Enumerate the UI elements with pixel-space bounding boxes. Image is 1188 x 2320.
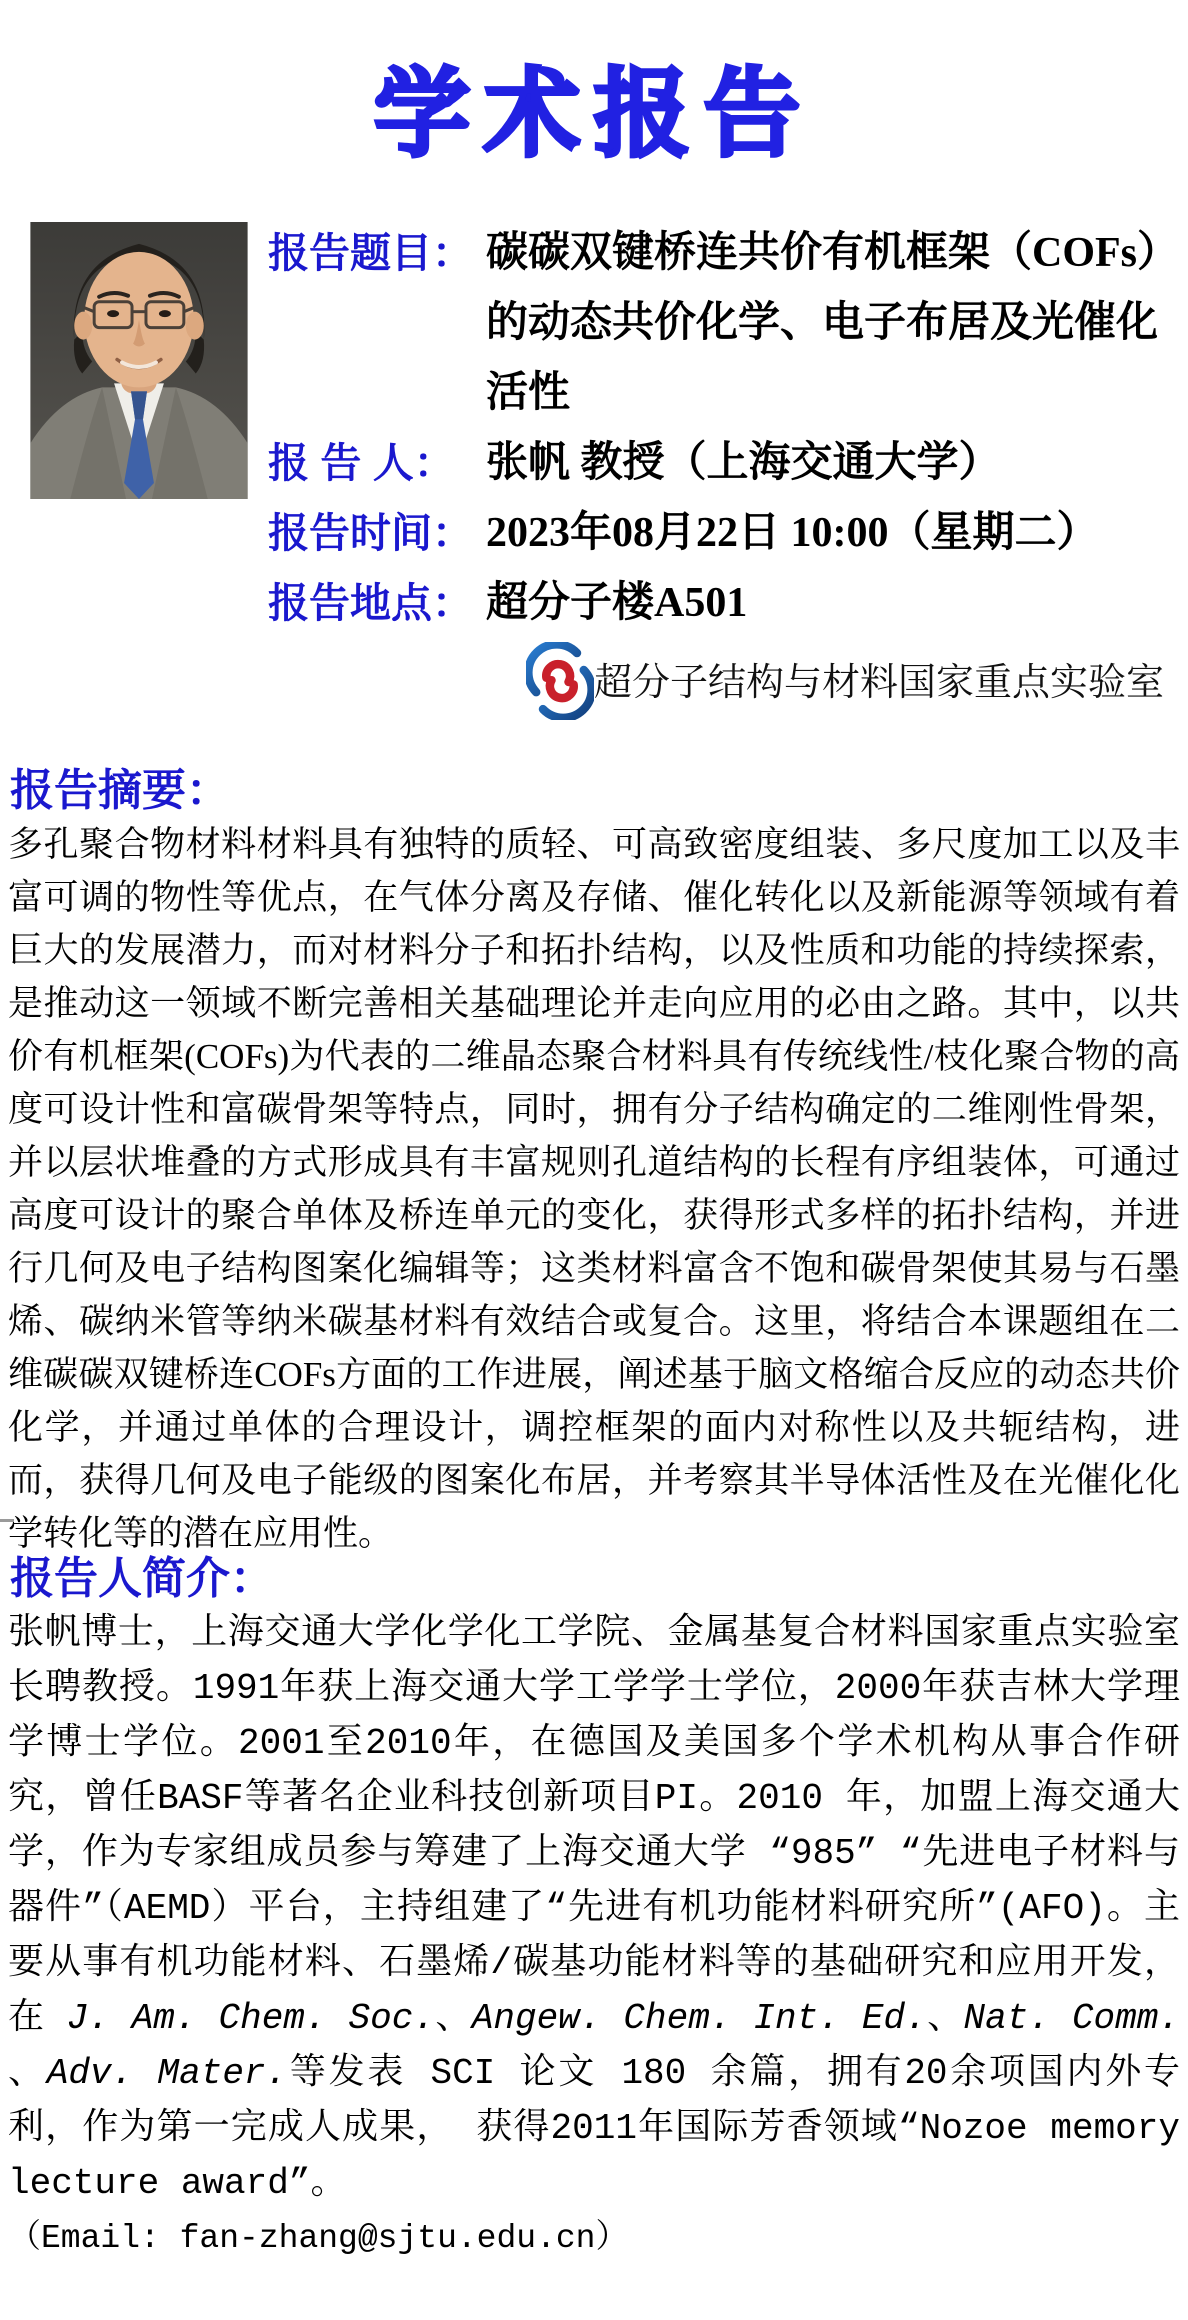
bio-heading: 报告人简介： — [10, 1542, 274, 1606]
lecture-poster: 学术报告 — [0, 0, 1188, 2320]
speaker-value: 张帆 教授（上海交通大学） — [486, 428, 1178, 498]
time-label: 报告时间： — [268, 498, 486, 568]
detail-row-speaker: 报 告 人： 张帆 教授（上海交通大学） — [268, 428, 1178, 498]
detail-row-time: 报告时间： 2023年08月22日 10:00（星期二） — [268, 498, 1178, 568]
abstract-text: 多孔聚合物材料材料具有独特的质轻、可高致密度组装、多尺度加工以及丰富可调的物性等… — [8, 818, 1180, 1560]
detail-row-topic: 报告题目： 碳碳双键桥连共价有机框架（COFs）的动态共价化学、电子布居及光催化… — [268, 218, 1178, 428]
journal-name: Adv. Mater. — [47, 2053, 287, 2094]
journal-name: Nat. Comm. — [964, 1998, 1180, 2039]
lecture-details: 报告题目： 碳碳双键桥连共价有机框架（COFs）的动态共价化学、电子布居及光催化… — [268, 218, 1178, 638]
bio-text-run: 、 — [8, 2053, 47, 2094]
bio-text-run: 张帆博士，上海交通大学化学化工学院、金属基复合材料国家重点实验室长聘教授。199… — [8, 1613, 1180, 2039]
speaker-portrait-graphic — [30, 222, 248, 499]
email-line: （Email: fan-zhang@sjtu.edu.cn） — [8, 2211, 1180, 2267]
location-value: 超分子楼A501 — [486, 568, 1178, 638]
bio-section: 张帆博士，上海交通大学化学化工学院、金属基复合材料国家重点实验室长聘教授。199… — [8, 1606, 1180, 2267]
bio-text-run: 、 — [927, 1998, 964, 2039]
journal-name: Angew. Chem. Int. Ed. — [472, 1998, 927, 2039]
bio-text: 张帆博士，上海交通大学化学化工学院、金属基复合材料国家重点实验室长聘教授。199… — [8, 1606, 1180, 2211]
speaker-photo — [30, 222, 248, 499]
journal-name: J. Am. Chem. Soc. — [66, 1998, 435, 2039]
lab-name: 超分子结构与材料国家重点实验室 — [594, 642, 1164, 724]
stray-dash-mark — [0, 1519, 14, 1522]
topic-value: 碳碳双键桥连共价有机框架（COFs）的动态共价化学、电子布居及光催化活性 — [486, 218, 1178, 428]
topic-label: 报告题目： — [268, 218, 486, 288]
time-value: 2023年08月22日 10:00（星期二） — [486, 498, 1178, 568]
lab-signature: 超分子结构与材料国家重点实验室 — [526, 642, 1164, 724]
detail-row-location: 报告地点： 超分子楼A501 — [268, 568, 1178, 638]
speaker-label: 报 告 人： — [268, 428, 486, 498]
page-title: 学术报告 — [0, 38, 1188, 175]
location-label: 报告地点： — [268, 568, 486, 638]
bio-text-run: 、 — [435, 1998, 472, 2039]
abstract-heading: 报告摘要： — [10, 754, 230, 818]
s-swirl-logo-icon — [526, 642, 594, 724]
